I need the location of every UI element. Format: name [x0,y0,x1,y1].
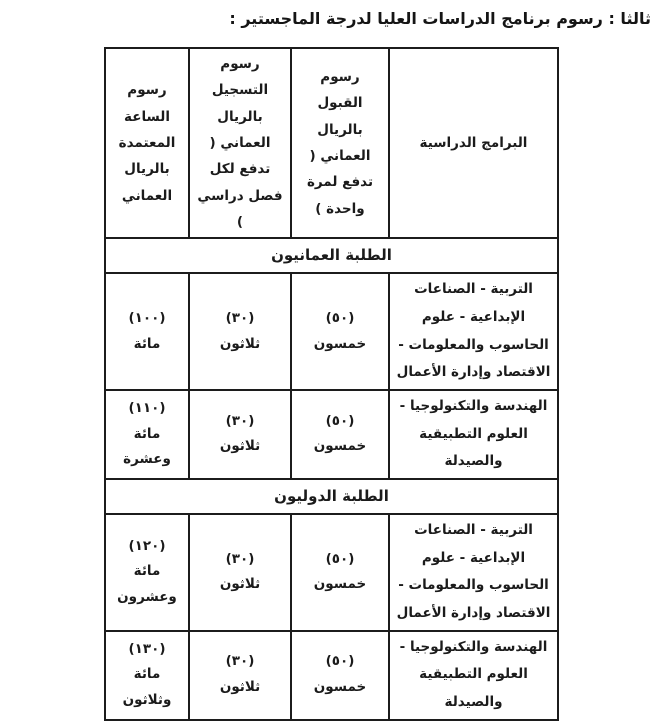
fee-words: خمسون [296,332,384,358]
fee-digits: (١٢٠) [110,534,184,560]
fee-digits: (١١٠) [110,396,184,422]
admission-fee: (٥٠) خمسون [291,390,389,479]
page-title: ثالثا : رسوم برنامج الدراسات العليا لدرج… [229,9,651,28]
program-name: الهندسة والتكنولوجيا - العلوم التطبيقية … [389,631,558,720]
fee-words: ثلاثون [194,675,286,701]
fee-digits: (٥٠) [296,649,384,675]
fee-words: خمسون [296,675,384,701]
tuition-fees-table: البرامج الدراسية رسوم القبول بالريال الع… [104,47,559,721]
credit-hour-fee: (١٢٠) مائة وعشرون [105,514,189,631]
fee-digits: (٣٠) [194,306,286,332]
credit-hour-fee: (١٣٠) مائة وثلاثون [105,631,189,720]
fee-words: ثلاثون [194,434,286,460]
fee-words: خمسون [296,572,384,598]
admission-fee: (٥٠) خمسون [291,273,389,390]
fee-words: ثلاثون [194,332,286,358]
section-row-omani-students: الطلبة العمانيون [105,238,558,273]
fee-digits: (٥٠) [296,409,384,435]
registration-fee: (٣٠) ثلاثون [189,273,291,390]
table-row: الهندسة والتكنولوجيا - العلوم التطبيقية … [105,631,558,720]
admission-fee: (٥٠) خمسون [291,631,389,720]
fee-digits: (٥٠) [296,306,384,332]
fee-digits: (١٣٠) [110,637,184,663]
header-registration-fees: رسوم التسجيل بالريال العماني ( تدفع لكل … [189,48,291,238]
program-name: التربية - الصناعات الإبداعية - علوم الحا… [389,514,558,631]
section-row-international-students: الطلبة الدوليون [105,479,558,514]
table-row: التربية - الصناعات الإبداعية - علوم الحا… [105,273,558,390]
fee-digits: (٣٠) [194,547,286,573]
fee-words: ثلاثون [194,572,286,598]
fee-words: خمسون [296,434,384,460]
credit-hour-fee: (١١٠) مائة وعشرة [105,390,189,479]
header-admission-fees: رسوم القبول بالريال العماني ( تدفع لمرة … [291,48,389,238]
table-row: التربية - الصناعات الإبداعية - علوم الحا… [105,514,558,631]
fee-digits: (١٠٠) [110,306,184,332]
fee-words: مائة وعشرة [110,422,184,473]
program-name: التربية - الصناعات الإبداعية - علوم الحا… [389,273,558,390]
header-credit-hour-fees: رسوم الساعة المعتمدة بالريال العماني [105,48,189,238]
fee-digits: (٣٠) [194,409,286,435]
table-row: الهندسة والتكنولوجيا - العلوم التطبيقية … [105,390,558,479]
section-label-omani-students: الطلبة العمانيون [105,238,558,273]
scanned-document: { "page": { "title": "ثالثا : رسوم برنام… [0,0,661,675]
fee-words: مائة وعشرون [110,559,184,610]
fee-digits: (٣٠) [194,649,286,675]
credit-hour-fee: (١٠٠) مائة [105,273,189,390]
registration-fee: (٣٠) ثلاثون [189,514,291,631]
table-header-row: البرامج الدراسية رسوم القبول بالريال الع… [105,48,558,238]
admission-fee: (٥٠) خمسون [291,514,389,631]
fee-words: مائة [110,332,184,358]
fee-words: مائة وثلاثون [110,662,184,713]
fee-digits: (٥٠) [296,547,384,573]
program-name: الهندسة والتكنولوجيا - العلوم التطبيقية … [389,390,558,479]
header-academic-programs: البرامج الدراسية [389,48,558,238]
registration-fee: (٣٠) ثلاثون [189,631,291,720]
section-label-international-students: الطلبة الدوليون [105,479,558,514]
registration-fee: (٣٠) ثلاثون [189,390,291,479]
